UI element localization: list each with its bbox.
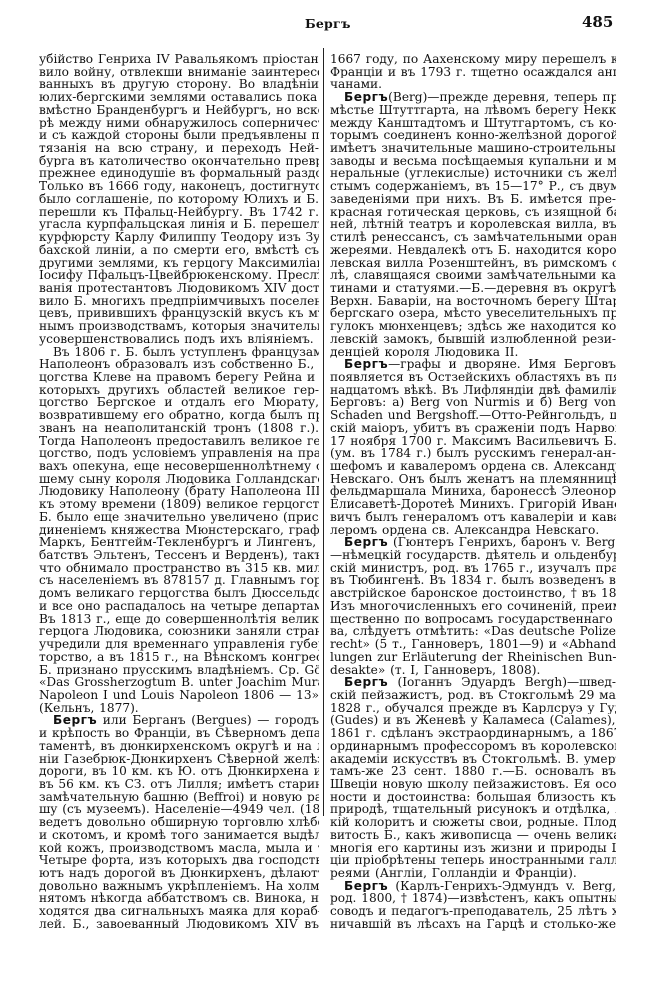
line-text: 17 ноября 1700 г. Максимъ Васильевичъ Б. xyxy=(330,435,616,448)
text-line: батствъ Эльтенъ, Тессенъ и Верденъ), так… xyxy=(39,549,319,562)
text-line: Только въ 1666 году, наконецъ, достигнут… xyxy=(39,180,319,193)
line-text: прежнее единодушіе въ формальный раздоръ… xyxy=(39,167,319,180)
line-text: вахъ опекуна, еще несовершеннолѣтнему ст… xyxy=(39,460,319,473)
line-text: ва, слѣдуетъ отмѣтить: «Das deutsche Pol… xyxy=(330,625,616,638)
line-text: юлих-бергскими землями оставались пока с… xyxy=(39,91,319,104)
text-line: нымъ производствамъ, которыя значительно xyxy=(39,320,319,333)
line-text: Б. было еще значительно увеличено (присо… xyxy=(39,511,319,524)
text-line: стымъ содержаніемъ, въ 15—17° Р., съ дву… xyxy=(330,180,616,193)
text-line: чанами. xyxy=(330,78,616,91)
text-line: Въ 1813 г., еще до совершеннолѣтія велик… xyxy=(39,613,319,626)
text-line: ціи пріобрѣтены теперь иностранными галл… xyxy=(330,854,616,867)
text-line: Б. было еще значительно увеличено (присо… xyxy=(39,511,319,524)
line-text: учредили для временнаго управленія губер… xyxy=(39,638,319,651)
line-text: Тогда Наполеонъ предоставилъ великое гер… xyxy=(39,435,319,448)
line-text: академіи искусствъ въ Стокгольмѣ. В. уме… xyxy=(330,753,616,766)
text-line: австрійское баронское достоинство, † въ … xyxy=(330,587,616,600)
line-text: ности и достоинства: большая близость къ xyxy=(330,791,616,804)
line-text: цогство, подъ условіемъ управленія на пр… xyxy=(39,447,319,460)
text-line: диненіемъ княжества Мюнстерскаго, графст… xyxy=(39,524,319,537)
line-text: (Карлъ-Генрихъ-Эдмундъ v. Berg, xyxy=(388,880,616,893)
text-line: ведетъ довольно обширную торговлю хлѣбом… xyxy=(39,816,319,829)
text-line: Б. признано прусскимъ владѣніемъ. Ср. Gö… xyxy=(39,664,319,677)
line-text: усовершенствовались подъ ихъ вліяніемъ. xyxy=(39,333,314,346)
text-line: имѣетъ значительные машино-строительные xyxy=(330,142,616,155)
column-divider xyxy=(323,48,324,816)
headword: Бергъ xyxy=(344,91,388,104)
text-line: левскій замокъ, бывшій излюбленной рези- xyxy=(330,333,616,346)
text-line: Маркъ, Бентгейм-Текленбургъ и Лингенъ, а… xyxy=(39,536,319,549)
text-line: витость Б., какъ живописца — очень велик… xyxy=(330,829,616,842)
entry-heading-line: Бергъ или Берганъ (Bergues) — городъ xyxy=(39,714,319,727)
text-line: recht» (5 т., Ганноверъ, 1801—9) и «Abha… xyxy=(330,638,616,651)
entry-heading-line: Бергъ—графы и дворяне. Имя Берговъ xyxy=(330,358,616,371)
text-line: которыхъ другихъ областей великое гер- xyxy=(39,384,319,397)
text-line: и съ каждой стороны были предъявлены при… xyxy=(39,129,319,142)
text-line: ничавшій въ лѣсахъ на Гарцѣ и столько-же xyxy=(330,918,616,931)
text-line: —нѣмецкій государств. дѣятель и ольденбу… xyxy=(330,549,616,562)
line-text: соводъ и педагогъ-преподаватель, 25 лѣтъ… xyxy=(330,905,616,918)
text-line: бергскаго озера, мѣсто увеселительныхъ п… xyxy=(330,307,616,320)
text-line: въ Тюбингенѣ. Въ 1834 г. былъ возведенъ … xyxy=(330,574,616,587)
entry-heading-line: Бергъ(Berg)—прежде деревня, теперь пред- xyxy=(330,91,616,104)
text-line: Изъ многочисленныхъ его сочиненій, преим… xyxy=(330,600,616,613)
line-text: Въ 1806 г. Б. былъ уступленъ французамъ. xyxy=(53,346,319,359)
line-text: цогство Бергское и отдалъ его Мюрату, xyxy=(39,396,319,409)
text-line: Берговъ: а) Berg von Nurmis и б) Berg vo… xyxy=(330,396,616,409)
text-line: ніи Газебрюк-Дюнкирхенъ Сѣверной желѣзно… xyxy=(39,753,319,766)
line-text: Невскаго. Онъ былъ женатъ на племянницѣ xyxy=(330,473,616,486)
line-text: (Berg)—прежде деревня, теперь пред- xyxy=(388,91,616,104)
text-line: Schaden und Bergshoff.—Отто-Рейнгольдъ, … xyxy=(330,409,616,422)
line-text: неральные (углекислые) источники съ желѣ… xyxy=(330,167,616,180)
text-line: скій министръ, род. въ 1765 г., изучалъ … xyxy=(330,562,616,575)
text-line: что обнимало пространство въ 315 кв. мил… xyxy=(39,562,319,575)
text-line: реями (Англіи, Голландіи и Франціи). xyxy=(330,867,616,880)
text-line: ходятся два сигнальныхъ маяка для кораб- xyxy=(39,905,319,918)
line-text: вило войну, отвлекши вниманіе заинтересо… xyxy=(39,66,319,79)
line-text: и скотомъ, и кромѣ того занимается выдѣл… xyxy=(39,829,319,842)
text-line: desakte» (т. I, Ганноверъ, 1808). xyxy=(330,664,616,677)
text-line: 1861 г. сдѣланъ экстраординарнымъ, а 186… xyxy=(330,727,616,740)
line-text: бергскаго озера, мѣсто увеселительныхъ п… xyxy=(330,307,616,320)
line-text: шу (съ музеемъ). Населеніе—4949 чел. (18… xyxy=(39,803,319,816)
line-text: ціи пріобрѣтены теперь иностранными галл… xyxy=(330,854,616,867)
text-line: Елисаветѣ-Доротеѣ Минихъ. Григорій Ивано… xyxy=(330,498,616,511)
text-line: (Gudes) и въ Женевѣ у Каламеса (Calames)… xyxy=(330,714,616,727)
line-text: (ум. въ 1784 г.) былъ русскимъ генерал-а… xyxy=(330,447,616,460)
text-line: Верхн. Баваріи, на восточномъ берегу Шта… xyxy=(330,295,616,308)
text-line: вило Б. многихъ предпріимчивыхъ поселен- xyxy=(39,295,319,308)
line-text: природѣ, тщательный рисунокъ и отдѣлка, … xyxy=(330,803,616,816)
text-line: нятомъ нѣкогда аббатствомъ св. Винока, н… xyxy=(39,892,319,905)
text-line: Тогда Наполеонъ предоставилъ великое гер… xyxy=(39,435,319,448)
text-line: дороги, въ 10 км. къ Ю. отъ Дюнкирхена и xyxy=(39,765,319,778)
text-line: цогство, подъ условіемъ управленія на пр… xyxy=(39,447,319,460)
line-text: батствъ Эльтенъ, Тессенъ и Верденъ), так… xyxy=(39,549,319,562)
line-text: Изъ многочисленныхъ его сочиненій, преим… xyxy=(330,600,616,613)
line-text: ніи Газебрюк-Дюнкирхенъ Сѣверной желѣзно… xyxy=(39,753,319,766)
line-text: ней, лѣтній театръ и королевская вилла, … xyxy=(330,218,616,231)
line-text: ординарнымъ профессоромъ въ королевской xyxy=(330,740,616,753)
text-line: герцога Людовика, союзники заняли страну… xyxy=(39,625,319,638)
text-line: Въ 1806 г. Б. былъ уступленъ французамъ. xyxy=(39,346,319,359)
text-line: ординарнымъ профессоромъ въ королевской xyxy=(330,740,616,753)
line-text: рѣ между ними обнаружилось соперничество… xyxy=(39,117,319,130)
line-text: Людовику Наполеону (брату Наполеона III)… xyxy=(39,485,319,498)
text-line: и все оно распадалось на четыре департам… xyxy=(39,600,319,613)
text-line: и скотомъ, и кромѣ того занимается выдѣл… xyxy=(39,829,319,842)
text-line: къ этому времени (1809) великое герцогст… xyxy=(39,498,319,511)
text-line: Франціи и въ 1793 г. тщетно осаждался ан… xyxy=(330,66,616,79)
line-text: фельдмаршала Миниха, баронессѣ Элеонорѣ- xyxy=(330,485,616,498)
text-line: вило войну, отвлекши вниманіе заинтересо… xyxy=(39,66,319,79)
text-line: заведеніями при нихъ. Въ Б. имѣется пре- xyxy=(330,193,616,206)
text-line: денціей короля Людовика II. xyxy=(330,346,616,359)
text-line: щественно по вопросамъ государственнаго … xyxy=(330,613,616,626)
line-text: съ населеніемъ въ 878157 д. Главнымъ гор… xyxy=(39,574,319,587)
line-text: къ этому времени (1809) великое герцогст… xyxy=(39,498,319,511)
text-line: род. 1800, † 1874)—извѣстенъ, какъ опытн… xyxy=(330,892,616,905)
line-text: дороги, въ 10 км. къ Ю. отъ Дюнкирхена и xyxy=(39,765,319,778)
column-right: 1667 году, по Аахенскому миру перешелъ к… xyxy=(330,53,616,931)
line-text: Елисаветѣ-Доротеѣ Минихъ. Григорій Ивано… xyxy=(330,498,616,511)
line-text: гулокъ мюнхенцевъ; здѣсь же находится ко… xyxy=(330,320,616,333)
text-line: стилѣ ренессансъ, съ замѣчательными оран… xyxy=(330,231,616,244)
text-line: неральные (углекислые) источники съ желѣ… xyxy=(330,167,616,180)
line-text: Б. признано прусскимъ владѣніемъ. Ср. Gö… xyxy=(39,664,319,677)
text-line: шефомъ и кавалеромъ ордена св. Александр… xyxy=(330,460,616,473)
line-text: вмѣстно Бранденбургъ и Нейбургъ, но вско… xyxy=(39,104,319,117)
line-text: Schaden und Bergshoff.—Отто-Рейнгольдъ, … xyxy=(330,409,616,422)
text-line: довольно важнымъ укрѣпленіемъ. На холмѣ,… xyxy=(39,880,319,893)
line-text: курфюрсту Карлу Филиппу Теодору изъ Зуль… xyxy=(39,231,319,244)
text-line: «Das Grossherzogtum B. unter Joachim Mur… xyxy=(39,676,319,689)
text-line: кій колоритъ и сюжеты свои, родные. Плод… xyxy=(330,816,616,829)
line-text: въ 56 км. къ СЗ. отъ Лилля; имѣетъ стари… xyxy=(39,778,319,791)
line-text: Наполеонъ образовалъ изъ собственно Б., … xyxy=(39,358,319,371)
line-text: чанами. xyxy=(330,78,382,91)
text-line: цогства Клеве на правомъ берегу Рейна и … xyxy=(39,371,319,384)
text-line: появляется въ Остзейскихъ областяхъ въ п… xyxy=(330,371,616,384)
line-text: возвратившему его обратно, когда былъ пр… xyxy=(39,409,319,422)
line-text: тязанія на всю страну, и переходъ Ней- xyxy=(39,142,319,155)
text-line: шу (съ музеемъ). Населеніе—4949 чел. (18… xyxy=(39,803,319,816)
line-text: recht» (5 т., Ганноверъ, 1801—9) и «Abha… xyxy=(330,638,616,651)
text-line: леромъ ордена св. Александра Невскаго. xyxy=(330,524,616,537)
line-text: ютъ надъ дорогой въ Дюнкирхенъ, дѣлаютъ … xyxy=(39,867,319,880)
line-text: шефомъ и кавалеромъ ордена св. Александр… xyxy=(330,460,616,473)
text-line: ванныхъ въ другую сторону. Во владѣніи xyxy=(39,78,319,91)
line-text: домъ великаго герцогства былъ Дюссельдор… xyxy=(39,587,319,600)
text-line: вахъ опекуна, еще несовершеннолѣтнему ст… xyxy=(39,460,319,473)
line-text: «Das Grossherzogtum B. unter Joachim Mur… xyxy=(39,676,319,689)
line-text: имѣетъ значительные машино-строительные xyxy=(330,142,616,155)
text-line: усовершенствовались подъ ихъ вліяніемъ. xyxy=(39,333,319,346)
line-text: кой кожъ, производствомъ масла, мыла и т… xyxy=(39,842,319,855)
line-text: 1861 г. сдѣланъ экстраординарнымъ, а 186… xyxy=(330,727,616,740)
line-text: или Берганъ (Bergues) — городъ xyxy=(97,714,319,727)
text-line: Швеціи новую школу пейзажистовъ. Ея особ… xyxy=(330,778,616,791)
text-line: 1667 году, по Аахенскому миру перешелъ к… xyxy=(330,53,616,66)
text-line: таментѣ, въ дюнкирхенскомъ округѣ и на л… xyxy=(39,740,319,753)
text-line: Наполеонъ образовалъ изъ собственно Б., … xyxy=(39,358,319,371)
line-text: стилѣ ренессансъ, съ замѣчательными оран… xyxy=(330,231,616,244)
text-line: убійство Генриха IV Равальякомъ пріостан… xyxy=(39,53,319,66)
line-text: ничавшій въ лѣсахъ на Гарцѣ и столько-же xyxy=(330,918,616,931)
text-line: Іосифу Пфальцъ-Цвейбрюкенскому. Преслѣдо… xyxy=(39,269,319,282)
column-left: убійство Генриха IV Равальякомъ пріостан… xyxy=(39,53,319,931)
line-text: Въ 1813 г., еще до совершеннолѣтія велик… xyxy=(39,613,319,626)
page-number: 485 xyxy=(582,13,613,31)
text-line: жереями. Невдалекѣ отъ Б. находится коро… xyxy=(330,244,616,257)
text-line: мѣстье Штуттгарта, на лѣвомъ берегу Некк… xyxy=(330,104,616,117)
text-line: ютъ надъ дорогой въ Дюнкирхенъ, дѣлаютъ … xyxy=(39,867,319,880)
line-text: тамъ-же 23 сент. 1880 г.—Б. основалъ въ xyxy=(330,765,616,778)
line-text: бахской линіи, а по смерти его, вмѣстѣ с… xyxy=(39,244,319,257)
line-text: денціей короля Людовика II. xyxy=(330,346,518,359)
text-line: Napoleon I und Louis Napoleon 1806 — 13» xyxy=(39,689,319,702)
headword: Бергъ xyxy=(344,536,388,549)
line-text: стымъ содержаніемъ, въ 15—17° Р., съ дву… xyxy=(330,180,616,193)
line-text: замѣчательную башню (Beffroi) и новую ра… xyxy=(39,791,319,804)
text-line: красная готическая церковь, съ изящной б… xyxy=(330,206,616,219)
text-line: тязанія на всю страну, и переходъ Ней- xyxy=(39,142,319,155)
text-line: угасла курпфальцская линія и Б. перешелъ… xyxy=(39,218,319,231)
line-text: Іосифу Пфальцъ-Цвейбрюкенскому. Преслѣдо… xyxy=(39,269,319,282)
line-text: угасла курпфальцская линія и Б. перешелъ… xyxy=(39,218,319,231)
line-text: и съ каждой стороны были предъявлены при… xyxy=(39,129,319,142)
line-text: бурга въ католичество окончательно превр… xyxy=(39,155,319,168)
line-text: ведетъ довольно обширную торговлю хлѣбом… xyxy=(39,816,319,829)
line-text: —нѣмецкій государств. дѣятель и ольденбу… xyxy=(330,549,616,562)
line-text: нятомъ нѣкогда аббатствомъ св. Винока, н… xyxy=(39,892,319,905)
line-text: скій пейзажистъ, род. въ Стокгольмѣ 29 м… xyxy=(330,689,616,702)
text-line: бурга въ католичество окончательно превр… xyxy=(39,155,319,168)
text-line: lungen zur Erläuterung der Rheinischen B… xyxy=(330,651,616,664)
line-text: между Канштадтомъ и Штутгартомъ, съ ко- xyxy=(330,117,616,130)
line-text: левскій замокъ, бывшій излюбленной рези- xyxy=(330,333,616,346)
line-text: многія его картины изъ жизни и природы Ш… xyxy=(330,842,616,855)
line-text: заводы и весьма посѣщаемыя купальни и ми… xyxy=(330,155,616,168)
text-line: и крѣпость во Франціи, въ Сѣверномъ депа… xyxy=(39,727,319,740)
line-text: lungen zur Erläuterung der Rheinischen B… xyxy=(330,651,616,664)
text-line: ности и достоинства: большая близость къ xyxy=(330,791,616,804)
line-text: (Gudes) и въ Женевѣ у Каламеса (Calames)… xyxy=(330,714,616,727)
headword: Бергъ xyxy=(53,714,97,727)
line-text: витость Б., какъ живописца — очень велик… xyxy=(330,829,616,842)
line-text: ванія протестантовъ Людовикомъ XIV доста… xyxy=(39,282,319,295)
line-text: тинами и статуями.—Б.—деревня въ округѣ xyxy=(330,282,616,295)
line-text: щественно по вопросамъ государственнаго … xyxy=(330,613,616,626)
line-text: заведеніями при нихъ. Въ Б. имѣется пре- xyxy=(330,193,616,206)
line-text: Четыре форта, изъ которыхъ два господств… xyxy=(39,854,319,867)
line-text: ванныхъ въ другую сторону. Во владѣніи xyxy=(39,78,319,91)
line-text: (Гюнтеръ Генрихъ, баронъ v. Berg) xyxy=(388,536,616,549)
text-line: 17 ноября 1700 г. Максимъ Васильевичъ Б. xyxy=(330,435,616,448)
line-text: desakte» (т. I, Ганноверъ, 1808). xyxy=(330,664,540,677)
line-text: скій министръ, род. въ 1765 г., изучалъ … xyxy=(330,562,616,575)
line-text: Маркъ, Бентгейм-Текленбургъ и Лингенъ, а… xyxy=(39,536,319,549)
text-line: между Канштадтомъ и Штутгартомъ, съ ко- xyxy=(330,117,616,130)
line-text: ходятся два сигнальныхъ маяка для кораб- xyxy=(39,905,319,918)
line-text: званъ на неаполитанскій тронъ (1808 г.). xyxy=(39,422,319,435)
line-text: въ Тюбингенѣ. Въ 1834 г. былъ возведенъ … xyxy=(330,574,616,587)
line-text: Napoleon I und Louis Napoleon 1806 — 13» xyxy=(39,689,319,702)
text-line: тамъ-же 23 сент. 1880 г.—Б. основалъ въ xyxy=(330,765,616,778)
text-line: соводъ и педагогъ-преподаватель, 25 лѣтъ… xyxy=(330,905,616,918)
entry-heading-line: Бергъ (Карлъ-Генрихъ-Эдмундъ v. Berg, xyxy=(330,880,616,893)
text-line: надцатомъ вѣкѣ. Въ Лифляндіи двѣ фамиліи xyxy=(330,384,616,397)
line-text: цевъ, привившихъ французскій вкусъ къ мѣ… xyxy=(39,307,319,320)
text-line: гулокъ мюнхенцевъ; здѣсь же находится ко… xyxy=(330,320,616,333)
line-text: жереями. Невдалекѣ отъ Б. находится коро… xyxy=(330,244,616,257)
line-text: торство, а въ 1815 г., на Вѣнскомъ конгр… xyxy=(39,651,319,664)
text-line: фельдмаршала Миниха, баронессѣ Элеонорѣ- xyxy=(330,485,616,498)
line-text: Только въ 1666 году, наконецъ, достигнут… xyxy=(39,180,319,193)
text-line: 1828 г., обучался прежде въ Карлсруэ у Г… xyxy=(330,702,616,715)
text-line: ванія протестантовъ Людовикомъ XIV доста… xyxy=(39,282,319,295)
text-line: (ум. въ 1784 г.) былъ русскимъ генерал-а… xyxy=(330,447,616,460)
line-text: 1828 г., обучался прежде въ Карлсруэ у Г… xyxy=(330,702,616,715)
line-text: леромъ ордена св. Александра Невскаго. xyxy=(330,524,599,537)
line-text: вило Б. многихъ предпріимчивыхъ поселен- xyxy=(39,295,319,308)
text-line: цогство Бергское и отдалъ его Мюрату, xyxy=(39,396,319,409)
line-text: надцатомъ вѣкѣ. Въ Лифляндіи двѣ фамиліи xyxy=(330,384,616,397)
page-header: Бергъ 485 xyxy=(0,0,650,40)
text-line: юлих-бергскими землями оставались пока с… xyxy=(39,91,319,104)
line-text: вичъ былъ генераломъ отъ кавалеріи и кав… xyxy=(330,511,616,524)
line-text: было соглашеніе, по которому Юлихъ и Б. xyxy=(39,193,319,206)
text-line: въ 56 км. къ СЗ. отъ Лилля; имѣетъ стари… xyxy=(39,778,319,791)
text-line: перешли къ Пфальц-Нейбургу. Въ 1742 г. xyxy=(39,206,319,219)
text-line: заводы и весьма посѣщаемыя купальни и ми… xyxy=(330,155,616,168)
line-text: цогства Клеве на правомъ берегу Рейна и … xyxy=(39,371,319,384)
text-line: академіи искусствъ въ Стокгольмѣ. В. уме… xyxy=(330,753,616,766)
line-text: австрійское баронское достоинство, † въ … xyxy=(330,587,616,600)
text-line: ва, слѣдуетъ отмѣтить: «Das deutsche Pol… xyxy=(330,625,616,638)
headword: Бергъ xyxy=(344,358,388,371)
line-text: левская вилла Розенштейнъ, въ римскомъ с… xyxy=(330,257,616,270)
line-text: перешли къ Пфальц-Нейбургу. Въ 1742 г. xyxy=(39,206,319,219)
running-head: Бергъ xyxy=(305,16,351,31)
text-line: возвратившему его обратно, когда былъ пр… xyxy=(39,409,319,422)
line-text: лей. Б., завоеванный Людовикомъ XIV въ xyxy=(39,918,319,931)
entry-heading-line: Бергъ (Іоганнъ Эдуардъ Bergh)—швед- xyxy=(330,676,616,689)
line-text: красная готическая церковь, съ изящной б… xyxy=(330,206,616,219)
text-line: ней, лѣтній театръ и королевская вилла, … xyxy=(330,218,616,231)
line-text: (Іоганнъ Эдуардъ Bergh)—швед- xyxy=(388,676,616,689)
text-line: многія его картины изъ жизни и природы Ш… xyxy=(330,842,616,855)
text-line: левская вилла Розенштейнъ, въ римскомъ с… xyxy=(330,257,616,270)
text-line: кой кожъ, производствомъ масла, мыла и т… xyxy=(39,842,319,855)
line-text: убійство Генриха IV Равальякомъ пріостан… xyxy=(39,53,319,66)
text-line: лѣ, славящаяся своими замѣчательными кар… xyxy=(330,269,616,282)
line-text: шему сыну короля Людовика Голландскаго, xyxy=(39,473,319,486)
line-text: нымъ производствамъ, которыя значительно xyxy=(39,320,319,333)
line-text: скій маіоръ, убитъ въ сраженіи подъ Нарв… xyxy=(330,422,616,435)
text-line: шему сыну короля Людовика Голландскаго, xyxy=(39,473,319,486)
line-text: и все оно распадалось на четыре департам… xyxy=(39,600,319,613)
line-text: 1667 году, по Аахенскому миру перешелъ к… xyxy=(330,53,616,66)
text-line: курфюрсту Карлу Филиппу Теодору изъ Зуль… xyxy=(39,231,319,244)
line-text: торымъ соединенъ конно-желѣзной дорогой, xyxy=(330,129,616,142)
text-line: Невскаго. Онъ былъ женатъ на племянницѣ xyxy=(330,473,616,486)
line-text: (Кельнъ, 1877). xyxy=(39,702,139,715)
line-text: —графы и дворяне. Имя Берговъ xyxy=(388,358,616,371)
headword: Бергъ xyxy=(344,676,388,689)
line-text: род. 1800, † 1874)—извѣстенъ, какъ опытн… xyxy=(330,892,616,905)
line-text: другими землями, къ герцогу Максимиліану xyxy=(39,257,319,270)
text-line: было соглашеніе, по которому Юлихъ и Б. xyxy=(39,193,319,206)
text-line: Людовику Наполеону (брату Наполеона III)… xyxy=(39,485,319,498)
line-text: Верхн. Баваріи, на восточномъ берегу Шта… xyxy=(330,295,616,308)
text-line: природѣ, тщательный рисунокъ и отдѣлка, … xyxy=(330,803,616,816)
text-line: званъ на неаполитанскій тронъ (1808 г.). xyxy=(39,422,319,435)
line-text: реями (Англіи, Голландіи и Франціи). xyxy=(330,867,577,880)
text-line: торымъ соединенъ конно-желѣзной дорогой, xyxy=(330,129,616,142)
line-text: Франціи и въ 1793 г. тщетно осаждался ан… xyxy=(330,66,616,79)
line-text: которыхъ другихъ областей великое гер- xyxy=(39,384,319,397)
line-text: лѣ, славящаяся своими замѣчательными кар… xyxy=(330,269,616,282)
line-text: кій колоритъ и сюжеты свои, родные. Плод… xyxy=(330,816,616,829)
text-line: скій пейзажистъ, род. въ Стокгольмѣ 29 м… xyxy=(330,689,616,702)
line-text: таментѣ, въ дюнкирхенскомъ округѣ и на л… xyxy=(39,740,319,753)
text-line: другими землями, къ герцогу Максимиліану xyxy=(39,257,319,270)
text-line: торство, а въ 1815 г., на Вѣнскомъ конгр… xyxy=(39,651,319,664)
line-text: диненіемъ княжества Мюнстерскаго, графст… xyxy=(39,524,319,537)
line-text: довольно важнымъ укрѣпленіемъ. На холмѣ,… xyxy=(39,880,319,893)
text-line: цевъ, привившихъ французскій вкусъ къ мѣ… xyxy=(39,307,319,320)
text-line: замѣчательную башню (Beffroi) и новую ра… xyxy=(39,791,319,804)
text-line: вмѣстно Бранденбургъ и Нейбургъ, но вско… xyxy=(39,104,319,117)
text-line: Четыре форта, изъ которыхъ два господств… xyxy=(39,854,319,867)
text-line: рѣ между ними обнаружилось соперничество… xyxy=(39,117,319,130)
line-text: что обнимало пространство въ 315 кв. мил… xyxy=(39,562,319,575)
line-text: герцога Людовика, союзники заняли страну… xyxy=(39,625,319,638)
text-line: прежнее единодушіе въ формальный раздоръ… xyxy=(39,167,319,180)
text-line: (Кельнъ, 1877). xyxy=(39,702,319,715)
text-line: вичъ былъ генераломъ отъ кавалеріи и кав… xyxy=(330,511,616,524)
entry-heading-line: Бергъ (Гюнтеръ Генрихъ, баронъ v. Berg) xyxy=(330,536,616,549)
line-text: появляется въ Остзейскихъ областяхъ въ п… xyxy=(330,371,616,384)
line-text: Швеціи новую школу пейзажистовъ. Ея особ… xyxy=(330,778,616,791)
text-line: лей. Б., завоеванный Людовикомъ XIV въ xyxy=(39,918,319,931)
text-line: учредили для временнаго управленія губер… xyxy=(39,638,319,651)
text-line: домъ великаго герцогства былъ Дюссельдор… xyxy=(39,587,319,600)
headword: Бергъ xyxy=(344,880,388,893)
text-line: тинами и статуями.—Б.—деревня въ округѣ xyxy=(330,282,616,295)
line-text: мѣстье Штуттгарта, на лѣвомъ берегу Некк… xyxy=(330,104,616,117)
text-line: бахской линіи, а по смерти его, вмѣстѣ с… xyxy=(39,244,319,257)
line-text: Берговъ: а) Berg von Nurmis и б) Berg vo… xyxy=(330,396,616,409)
text-line: скій маіоръ, убитъ въ сраженіи подъ Нарв… xyxy=(330,422,616,435)
text-line: съ населеніемъ въ 878157 д. Главнымъ гор… xyxy=(39,574,319,587)
line-text: и крѣпость во Франціи, въ Сѣверномъ депа… xyxy=(39,727,319,740)
